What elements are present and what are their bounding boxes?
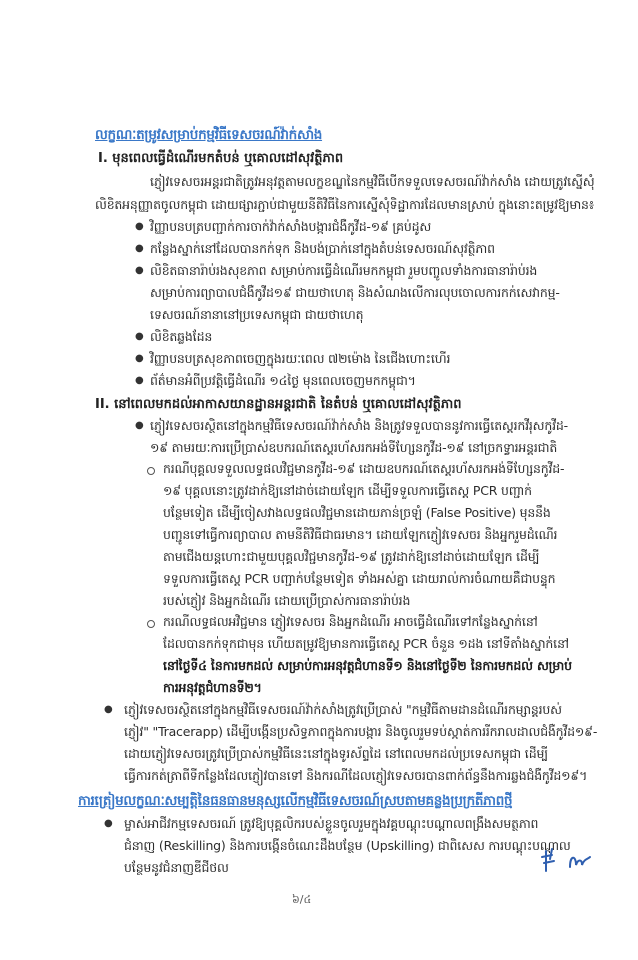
list-item-continued: សម្រាប់ការព្យាបាលជំងឺកូវីដ១៩ ជាយថាហេតុ ន… — [150, 285, 560, 304]
sub-list-item-continued: តាមជើងយន្តហោះជាមួយបុគ្គលវិជ្ជមានកូវីដ-១៩… — [163, 549, 539, 568]
list-item-continued: ភ្ញៀវ" "Tracerapp) ដើម្បីបង្កើនប្រសិទ្ធភ… — [124, 724, 597, 743]
signature-initials-icon — [540, 845, 610, 875]
sub-list-item-continued: ដែលបានកក់ទុកជាមុន ហើយតម្រូវឱ្យមានការធ្វើ… — [163, 636, 569, 655]
sub-list-item: ករណីបុគ្គលទទួលលទ្ធផលវិជ្ជមានកូវីដ-១៩ ដោយ… — [163, 461, 564, 480]
bullet-icon: ● — [135, 243, 144, 254]
list-item-continued: បន្ថែមនូវជំនាញឌីជីថល — [124, 860, 229, 879]
sub-bullet-icon — [147, 620, 155, 628]
bullet-icon: ● — [104, 704, 113, 715]
section-I-title: I. មុនពេលធ្វើដំណើរមកតំបន់ ឬគោលដៅសុវត្ថិភ… — [98, 150, 343, 169]
section-I-intro-line: ភ្ញៀវទេសចរអន្តរជាតិត្រូវអនុវត្តតាមលក្ខខណ… — [150, 174, 595, 193]
list-item: ព័ត៌មានអំពីប្រវត្តិធ្វើដំណើរ ១៤ថ្ងៃ មុនព… — [150, 373, 416, 392]
list-item-continued: ដោយភ្ញៀវទេសចរត្រូវប្រើប្រាស់កម្មវិធីនេះន… — [124, 746, 548, 765]
list-item: វិញ្ញាបនបត្រសុខភាពចេញក្នុងរយៈពេល ៧២ម៉ោង … — [150, 351, 450, 370]
bullet-icon: ● — [135, 331, 144, 342]
list-item: ម្ចាស់អាជីវកម្មទេសចរណ៍ ត្រូវឱ្យបុគ្គលិករ… — [124, 816, 538, 835]
sub-list-item-continued: ការអនុវត្តជំហានទី២។ — [163, 680, 262, 699]
list-item-continued: ជំនាញ (Reskilling) និងការបង្កើនចំណេះដឹងប… — [124, 838, 571, 857]
section-heading-human-resources: ការត្រៀមលក្ខណៈសម្បត្តិនៃធនធានមនុស្សលើកម្… — [78, 792, 512, 812]
sub-list-item-continued: នៅថ្ងៃទី៤ នៃការមកដល់ សម្រាប់ការអនុវត្តជំ… — [163, 658, 572, 677]
bullet-icon: ● — [135, 375, 144, 386]
list-item-continued: ១៩ តាមរយៈការប្រើប្រាស់ឧបករណ៍តេស្តរហ័សរកអ… — [150, 440, 557, 459]
sub-list-item-continued: ១៩ បុគ្គលនោះត្រូវដាក់ឱ្យនៅដាច់ដោយឡែក ដើម… — [163, 483, 532, 502]
page-number: ៦/៤ — [292, 893, 311, 909]
list-item: ភ្ញៀវទេសចរស្ថិតនៅក្នុងកម្មវិធីទេសចរណ៍វ៉ា… — [124, 702, 562, 721]
bullet-icon: ● — [135, 353, 144, 364]
list-item: កន្លែងស្នាក់នៅដែលបានកក់ទុក និងបង់ប្រាក់ន… — [150, 241, 495, 260]
bullet-icon: ● — [135, 221, 144, 232]
sub-bullet-icon — [147, 467, 155, 475]
bullet-icon: ● — [135, 420, 144, 431]
list-item-continued: ធ្វើការកត់ត្រាពីទីកន្លែងដែលភ្ញៀវបានទៅ និ… — [124, 768, 587, 787]
sub-list-item-continued: របស់ភ្ញៀវ និងអ្នកដំណើរ ដោយប្រើប្រាស់ការធ… — [163, 593, 410, 612]
sub-list-item-continued: ទទួលការធ្វើតេស្ត PCR បញ្ជាក់បន្ថែមទៀត ទា… — [163, 571, 555, 590]
list-item: លិខិតឆ្លងដែន — [150, 329, 212, 348]
sub-list-item-continued: បន្ថែមទៀត ដើម្បីចៀសវាងលទ្ធផលវិជ្ជមានដោយភ… — [163, 505, 551, 524]
list-item: លិខិតធានារ៉ាប់រងសុខភាព សម្រាប់ការធ្វើដំណ… — [150, 263, 537, 282]
bullet-icon: ● — [135, 265, 144, 276]
list-item: វិញ្ញាបនបត្របញ្ជាក់ការចាក់វ៉ាក់សាំងបង្កា… — [150, 219, 431, 238]
section-II-title: II. នៅពេលមកដល់អាកាសយានដ្ឋានអន្តរជាតិ នៃត… — [95, 396, 462, 415]
bullet-icon: ● — [104, 818, 113, 829]
sub-list-item-continued: បញ្ជូនទៅធ្វើការព្យាបាល តាមនីតិវិធីជាធរមា… — [163, 527, 557, 546]
sub-list-item: ករណីលទ្ធផលអវិជ្ជមាន ភ្ញៀវទេសចរ និងអ្នកដំ… — [163, 614, 538, 633]
document-page: លក្ខណៈតម្រូវសម្រាប់កម្មវិធីទេសចរណ៍វ៉ាក់ស… — [0, 0, 638, 960]
list-item: ភ្ញៀវទេសចរស្ថិតនៅក្នុងកម្មវិធីទេសចរណ៍វ៉ា… — [150, 418, 568, 437]
list-item-continued: ទេសចរណ៍នានានៅប្រទេសកម្ពុជា ជាយថាហេតុ — [150, 307, 363, 326]
section-heading-requirements: លក្ខណៈតម្រូវសម្រាប់កម្មវិធីទេសចរណ៍វ៉ាក់ស… — [95, 126, 322, 146]
section-I-intro-line: លិខិតអនុញ្ញាតចូលកម្ពុជា ដោយផ្សារភ្ជាប់ជា… — [95, 197, 594, 216]
